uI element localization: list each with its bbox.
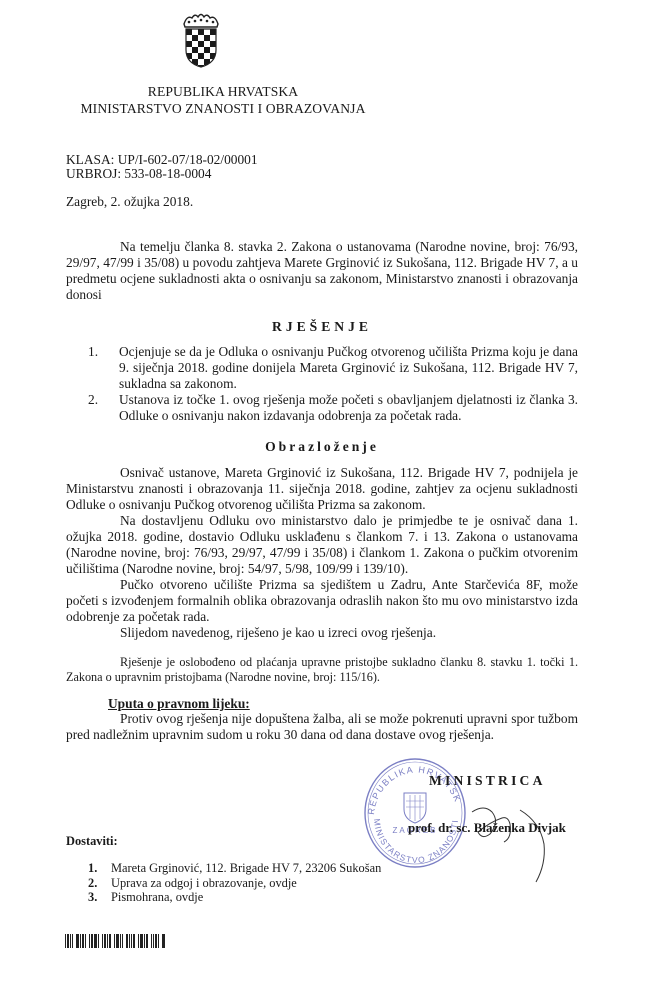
item-number: 1. [88,344,98,360]
reasoning-body: Osnivač ustanove, Mareta Grginović iz Su… [66,465,578,641]
header-republic: REPUBLIKA HRVATSKA [108,84,338,100]
delivery-item: 1. Mareta Grginović, 112. Brigade HV 7, … [88,861,381,876]
delivery-heading: Dostaviti: [66,833,118,849]
item-number: 1. [88,861,97,876]
intro-paragraph: Na temelju članka 8. stavka 2. Zakona o … [66,239,578,303]
reasoning-paragraph: Na dostavljenu Odluku ovo ministarstvo d… [66,513,578,577]
reasoning-paragraph: Osnivač ustanove, Mareta Grginović iz Su… [66,465,578,513]
item-text: Ustanova iz točke 1. ovog rješenja može … [119,392,578,423]
reasoning-paragraph: Slijedom navedenog, riješeno je kao u iz… [66,625,578,641]
legal-remedy-body: Protiv ovog rješenja nije dopuštena žalb… [66,711,578,743]
delivery-list: 1. Mareta Grginović, 112. Brigade HV 7, … [88,861,381,905]
item-number: 2. [88,876,97,891]
header-ministry: MINISTARSTVO ZNANOSTI I OBRAZOVANJA [48,101,398,117]
decision-title: RJEŠENJE [66,319,578,335]
item-text: Pismohrana, ovdje [111,890,203,904]
decision-item: 2. Ustanova iz točke 1. ovog rješenja mo… [88,392,578,424]
item-number: 2. [88,392,98,408]
urbroj-number: URBROJ: 533-08-18-0004 [66,166,211,182]
delivery-item: 3. Pismohrana, ovdje [88,890,381,905]
coat-of-arms-icon [181,12,221,68]
item-number: 3. [88,890,97,905]
delivery-item: 2. Uprava za odgoj i obrazovanje, ovdje [88,876,381,891]
decision-list: 1. Ocjenjuje se da je Odluka o osnivanju… [88,344,578,424]
item-text: Uprava za odgoj i obrazovanje, ovdje [111,876,297,890]
reasoning-title: Obrazloženje [66,439,578,455]
fee-note-text: Rješenje je oslobođeno od plaćanja uprav… [66,655,578,685]
official-stamp-icon: REPUBLIKA HRVATSKA MINISTARSTVO ZNANOSTI… [360,753,470,871]
legal-remedy-heading: Uputa o pravnom lijeku: [108,696,250,712]
legal-remedy-text: Protiv ovog rješenja nije dopuštena žalb… [66,711,578,743]
barcode-icon [65,934,177,948]
document-date: Zagreb, 2. ožujka 2018. [66,194,193,210]
signatory-name: prof. dr. sc. Blaženka Divjak [408,820,566,836]
decision-item: 1. Ocjenjuje se da je Odluka o osnivanju… [88,344,578,392]
fee-note: Rješenje je oslobođeno od plaćanja uprav… [66,655,578,685]
intro-text: Na temelju članka 8. stavka 2. Zakona o … [66,239,578,303]
reasoning-paragraph: Pučko otvoreno učilište Prizma sa sjediš… [66,577,578,625]
item-text: Ocjenjuje se da je Odluka o osnivanju Pu… [119,344,578,391]
item-text: Mareta Grginović, 112. Brigade HV 7, 232… [111,861,381,875]
